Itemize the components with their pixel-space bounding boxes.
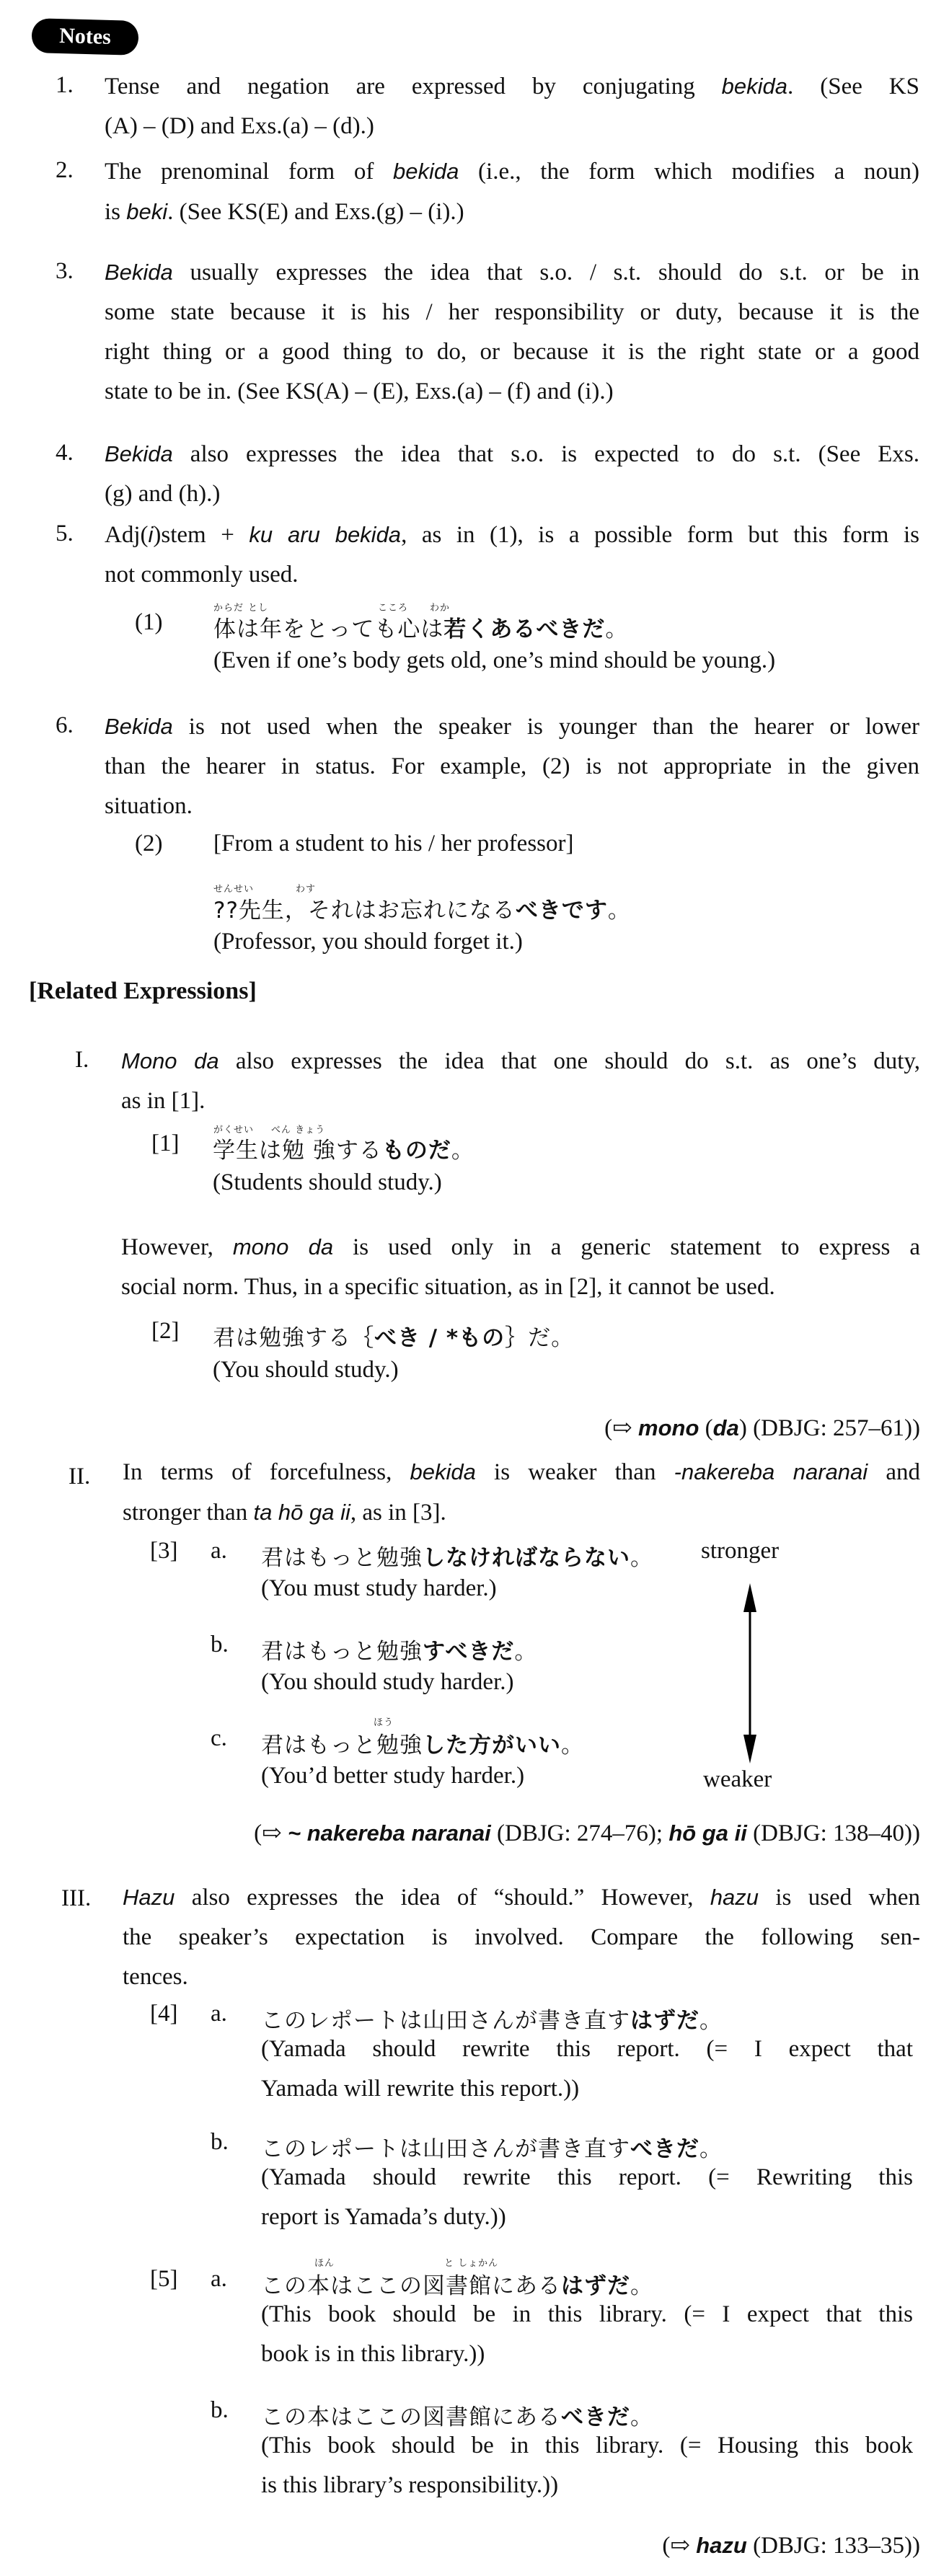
japanese-sentence: 君はもっと勉強すべきだ。 [261,1633,537,1665]
section-numeral: II. [69,1464,90,1490]
note-5: Adj(i)stem + ku aru bekida, as in (1), i… [105,515,919,595]
text-line: as in [1]. [121,1081,920,1121]
english-translation: (Professor, you should forget it.) [213,929,523,955]
text-line: (This book should be in this library. (=… [261,2426,913,2466]
italic-term: Bekida [105,260,173,285]
example-label: [4] [150,2001,177,2027]
japanese-sentence: 君は勉強する｛べき / *もの｝だ。 [213,1319,574,1352]
text-line: social norm. Thus, in a specific situati… [121,1267,920,1307]
english-translation: (This book should be in this library. (=… [261,2295,913,2374]
example-letter: b. [211,2397,229,2424]
text-line: than the hearer in status. For example, … [105,747,919,787]
english-translation: (This book should be in this library. (=… [261,2426,913,2505]
text-line: (A) – (D) and Exs.(a) – (d).) [105,107,919,146]
text-line: not commonly used. [105,555,919,595]
english-translation: (Even if one’s body gets old, one’s mind… [213,647,775,674]
text-line: Bekida usually expresses the idea that s… [105,252,919,293]
italic-term: mono da [233,1234,333,1260]
italic-term: Bekida [105,714,173,739]
scale-label-stronger: stronger [701,1538,779,1564]
text-line: (Yamada should rewrite this report. (= R… [261,2158,913,2197]
section-text: In terms of forcefulness, bekida is weak… [123,1452,920,1533]
japanese-sentence: 君はもっと勉強した方がいい。 [261,1727,584,1759]
example-letter: a. [211,2266,227,2293]
example-letter: a. [211,2001,227,2027]
example-label: [1] [151,1130,179,1157]
english-translation: (Yamada should rewrite this report. (= R… [261,2158,913,2237]
text-line: stronger than ta hō ga ii, as in [3]. [123,1492,920,1533]
italic-term: Hazu [123,1885,175,1910]
text-line: the speaker’s expectation is involved. C… [123,1918,920,1957]
section-text: Mono da also expresses the idea that one… [121,1041,920,1121]
text-line: Yamada will rewrite this report.)) [261,2069,913,2109]
text-line: However, mono da is used only in a gener… [121,1227,920,1267]
english-translation: (You must study harder.) [261,1575,497,1602]
italic-term: ta hō ga ii [253,1500,350,1525]
italic-term: Bekida [105,441,173,466]
note-2: The prenominal form of bekida (i.e., the… [105,151,919,232]
text-line: Hazu also expresses the idea of “should.… [123,1877,920,1918]
text-line: In terms of forcefulness, bekida is weak… [123,1452,920,1492]
cross-reference-hazu: (⇨ hazu (DBJG: 133–35)) [662,2531,920,2559]
note-1: Tense and negation are expressed by conj… [105,66,919,146]
note-6: Bekida is not used when the speaker is y… [105,707,919,826]
italic-term: i [149,522,154,547]
cross-reference-nakereba: (⇨ ~ nakereba naranai (DBJG: 274–76); hō… [254,1818,920,1847]
text-line: right thing or a good thing to do, or be… [105,332,919,372]
section-numeral: I. [75,1047,89,1074]
japanese-sentence: 体は年をとっても心は若くあるべきだ。 [213,611,628,643]
text-line: some state because it is his / her respo… [105,293,919,332]
notes-badge: Notes [31,18,138,56]
text-line: Tense and negation are expressed by conj… [105,66,919,107]
english-translation: (You’d better study harder.) [261,1763,524,1789]
text-line: (This book should be in this library. (=… [261,2295,913,2334]
text-line: Mono da also expresses the idea that one… [121,1041,920,1081]
italic-term: bekida [722,74,787,99]
italic-term: bekida [393,159,459,184]
note-number: 4. [56,440,74,466]
example-letter: b. [211,1632,229,1658]
english-translation: (Yamada should rewrite this report. (= I… [261,2030,913,2109]
japanese-sentence: 学生は勉 強するものだ。 [213,1132,474,1164]
italic-term: ku aru bekida [249,522,401,547]
text-line: (Yamada should rewrite this report. (= I… [261,2030,913,2069]
italic-term: -nakereba naranai [674,1459,868,1484]
example-label: (2) [135,831,162,857]
example-letter: a. [211,1538,227,1564]
text-line: state to be in. (See KS(A) – (E), Exs.(a… [105,372,919,412]
reference-term: da [713,1415,739,1440]
text-line: is beki. (See KS(E) and Exs.(g) – (i).) [105,192,919,232]
example-letter: b. [211,2129,229,2156]
double-arrow-icon [741,1583,759,1763]
note-number: 6. [56,712,74,739]
english-translation: (Students should study.) [213,1169,442,1196]
section-numeral: III. [61,1885,91,1912]
italic-term: beki [126,199,167,224]
section-text: Hazu also expresses the idea of “should.… [123,1877,920,1997]
section-followup: However, mono da is used only in a gener… [121,1227,920,1307]
text-line: book is in this library.)) [261,2334,913,2374]
text-line: The prenominal form of bekida (i.e., the… [105,151,919,192]
text-line: Bekida is not used when the speaker is y… [105,707,919,747]
example-label: [2] [151,1318,179,1345]
note-number: 1. [56,72,74,99]
text-line: Adj(i)stem + ku aru bekida, as in (1), i… [105,515,919,555]
note-number: 3. [56,258,74,285]
japanese-sentence: ??先生，それはお忘れになるべきです。 [213,892,631,924]
italic-term: bekida [410,1459,476,1484]
text-line: situation. [105,787,919,826]
text-line: Bekida also expresses the idea that s.o.… [105,434,919,474]
example-label: [3] [150,1538,177,1564]
cross-reference-mono-da: (⇨ mono (da) (DBJG: 257–61)) [604,1413,920,1442]
reference-term: hazu [696,2533,747,2558]
italic-term: Mono da [121,1048,219,1074]
japanese-sentence: 君はもっと勉強しなければならない。 [261,1539,653,1572]
note-4: Bekida also expresses the idea that s.o.… [105,434,919,514]
text-line: is this library’s responsibility.)) [261,2466,913,2505]
text-line: (g) and (h).) [105,474,919,514]
example-letter: c. [211,1725,227,1752]
note-3: Bekida usually expresses the idea that s… [105,252,919,412]
english-translation: (You should study.) [213,1357,399,1384]
note-number: 2. [56,157,74,184]
related-expressions-heading: [Related Expressions] [29,978,257,1005]
reference-term: hō ga ii [668,1820,747,1846]
example-context: [From a student to his / her professor] [213,831,574,857]
example-label: (1) [135,609,162,636]
text-line: tences. [123,1957,920,1997]
reference-term: mono [638,1415,699,1440]
note-number: 5. [56,521,74,547]
text-line: report is Yamada’s duty.)) [261,2197,913,2237]
scale-label-weaker: weaker [703,1766,772,1793]
example-label: [5] [150,2266,177,2293]
reference-term: ~ nakereba naranai [288,1820,491,1846]
italic-term: hazu [710,1885,759,1910]
english-translation: (You should study harder.) [261,1669,513,1696]
